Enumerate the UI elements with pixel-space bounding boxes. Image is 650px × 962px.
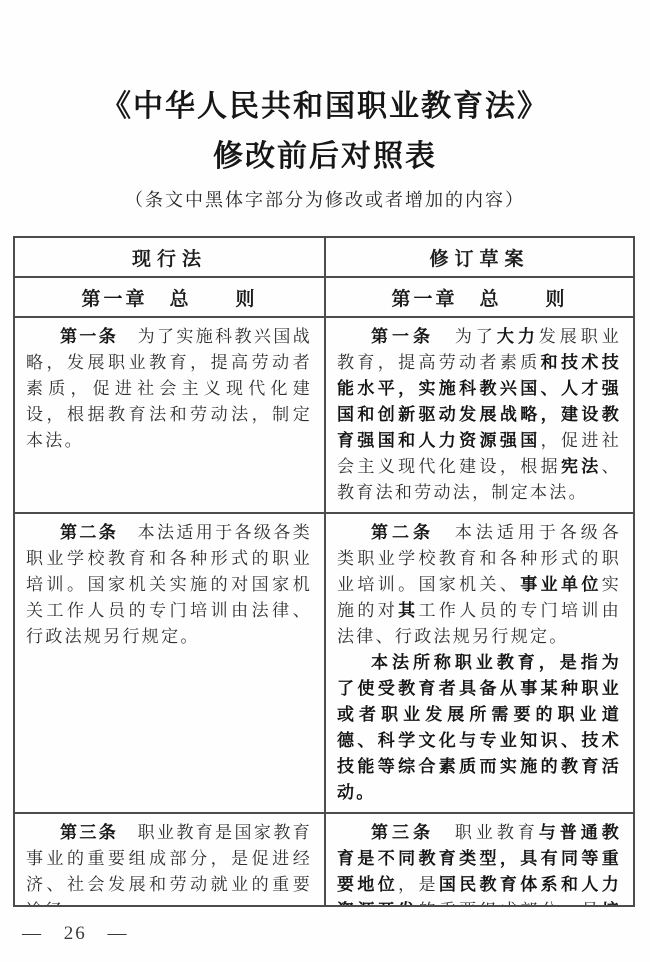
article-cell-right: 第二条 本法适用于各级各类职业学校教育和各种形式的职业培训。国家机关、事业单位实…: [324, 514, 633, 812]
document-title-line2: 修改前后对照表: [0, 138, 650, 175]
amended-text-segment: 其: [398, 601, 418, 620]
article-cell-left: 第三条 职业教育是国家教育事业的重要组成部分，是促进经济、社会发展和劳动就业的重…: [15, 814, 324, 907]
article-row: 第三条 职业教育是国家教育事业的重要组成部分，是促进经济、社会发展和劳动就业的重…: [15, 814, 633, 907]
article-paragraph: 第二条 本法适用于各级各类职业学校教育和各种形式的职业培训。国家机关、事业单位实…: [337, 520, 621, 650]
article-row: 第一条 为了实施科教兴国战略，发展职业教育，提高劳动者素质，促进社会主义现代化建…: [15, 318, 633, 514]
amended-text-segment: 大力: [497, 327, 539, 346]
table-header-row: 现行法 修订草案: [15, 238, 633, 278]
text-segment: 为了: [434, 327, 497, 346]
text-segment: ，是: [398, 875, 439, 894]
amended-text-segment: 事业单位: [520, 575, 601, 594]
article-paragraph: 第一条 为了大力发展职业教育，提高劳动者素质和技术技能水平，实施科教兴国、人才强…: [337, 324, 621, 506]
text-segment: 的重要组成部分，是: [418, 901, 601, 907]
article-cell-left: 第二条 本法适用于各级各类职业学校教育和各种形式的职业培训。国家机关实施的对国家…: [15, 514, 324, 812]
article-paragraph: 本法所称职业教育，是指为了使受教育者具备从事某种职业或者职业发展所需要的职业道德…: [337, 650, 621, 806]
chapter-heading-right: 第一章 总 则: [324, 278, 633, 316]
text-segment: 职业教育: [434, 823, 539, 842]
document-title-line1: 《中华人民共和国职业教育法》: [0, 88, 650, 125]
page-number: — 26 —: [22, 923, 129, 945]
amended-text-segment: 第三条: [371, 823, 434, 842]
article-paragraph: 第三条 职业教育是国家教育事业的重要组成部分，是促进经济、社会发展和劳动就业的重…: [26, 820, 312, 907]
amended-text-segment: 第二条: [60, 523, 118, 542]
article-paragraph: 第一条 为了实施科教兴国战略，发展职业教育，提高劳动者素质，促进社会主义现代化建…: [26, 324, 312, 454]
amended-text-segment: 第一条: [60, 327, 118, 346]
header-current-law: 现行法: [15, 238, 324, 276]
article-cell-right: 第一条 为了大力发展职业教育，提高劳动者素质和技术技能水平，实施科教兴国、人才强…: [324, 318, 633, 512]
header-revised-draft: 修订草案: [324, 238, 633, 276]
article-row: 第二条 本法适用于各级各类职业学校教育和各种形式的职业培训。国家机关实施的对国家…: [15, 514, 633, 814]
document-page: 《中华人民共和国职业教育法》 修改前后对照表 （条文中黑体字部分为修改或者增加的…: [0, 0, 650, 962]
document-subtitle: （条文中黑体字部分为修改或者增加的内容）: [0, 188, 650, 212]
article-paragraph: 第三条 职业教育与普通教育是不同教育类型，具有同等重要地位，是国民教育体系和人力…: [337, 820, 621, 907]
article-paragraph: 第二条 本法适用于各级各类职业学校教育和各种形式的职业培训。国家机关实施的对国家…: [26, 520, 312, 650]
amended-text-segment: 本法所称职业教育，是指为了使受教育者具备从事某种职业或者职业发展所需要的职业道德…: [337, 653, 621, 802]
title-block: 《中华人民共和国职业教育法》 修改前后对照表 （条文中黑体字部分为修改或者增加的…: [0, 0, 650, 212]
amended-text-segment: 宪法: [561, 457, 602, 476]
chapter-row: 第一章 总 则 第一章 总 则: [15, 278, 633, 318]
amended-text-segment: 第三条: [60, 823, 118, 842]
amended-text-segment: 第二条: [371, 523, 434, 542]
article-cell-left: 第一条 为了实施科教兴国战略，发展职业教育，提高劳动者素质，促进社会主义现代化建…: [15, 318, 324, 512]
comparison-table: 现行法 修订草案 第一章 总 则 第一章 总 则 第一条 为了实施科教兴国战略，…: [13, 236, 635, 907]
amended-text-segment: 第一条: [371, 327, 434, 346]
article-cell-right: 第三条 职业教育与普通教育是不同教育类型，具有同等重要地位，是国民教育体系和人力…: [324, 814, 633, 907]
chapter-heading-left: 第一章 总 则: [15, 278, 324, 316]
